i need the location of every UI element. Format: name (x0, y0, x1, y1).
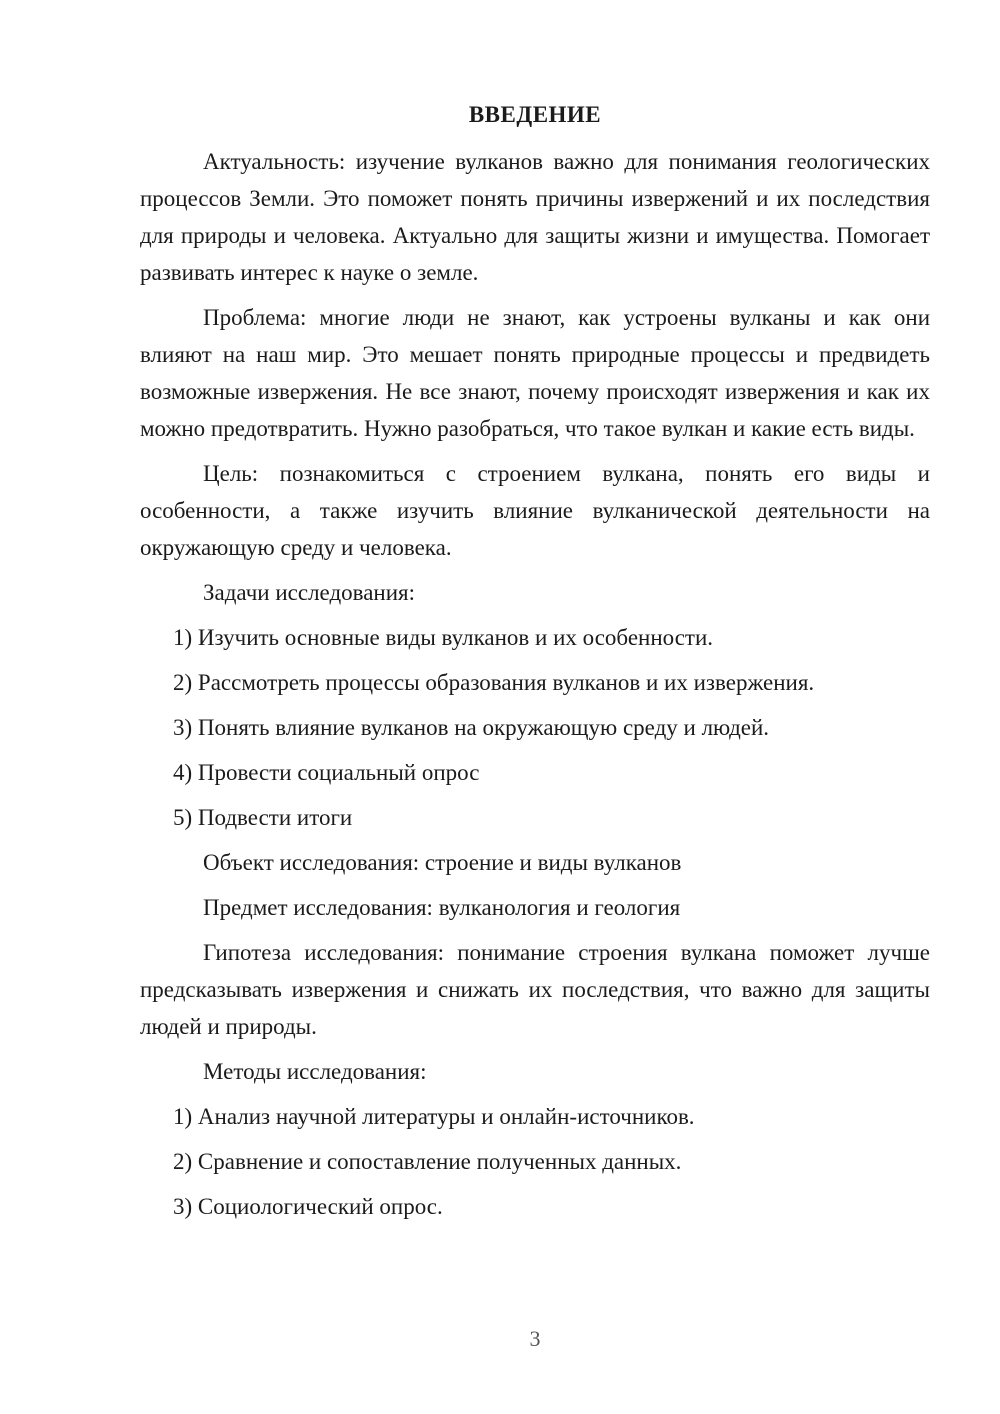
paragraph-subject: Предмет исследования: вулканология и гео… (140, 889, 930, 926)
document-page: ВВЕДЕНИЕ Актуальность: изучение вулканов… (0, 0, 1000, 1414)
paragraph-object: Объект исследования: строение и виды вул… (140, 844, 930, 881)
tasks-list: 1) Изучить основные виды вулканов и их о… (140, 619, 930, 836)
methods-heading: Методы исследования: (140, 1053, 930, 1090)
paragraph-problem: Проблема: многие люди не знают, как устр… (140, 299, 930, 447)
task-item-1: 1) Изучить основные виды вулканов и их о… (140, 619, 930, 656)
tasks-heading: Задачи исследования: (140, 574, 930, 611)
paragraph-goal: Цель: познакомиться с строением вулкана,… (140, 455, 930, 566)
method-item-3: 3) Социологический опрос. (140, 1188, 930, 1225)
task-item-4: 4) Провести социальный опрос (140, 754, 930, 791)
paragraph-hypothesis: Гипотеза исследования: понимание строени… (140, 934, 930, 1045)
task-item-3: 3) Понять влияние вулканов на окружающую… (140, 709, 930, 746)
task-item-5: 5) Подвести итоги (140, 799, 930, 836)
task-item-2: 2) Рассмотреть процессы образования вулк… (140, 664, 930, 701)
methods-list: 1) Анализ научной литературы и онлайн-ис… (140, 1098, 930, 1225)
paragraph-relevance: Актуальность: изучение вулканов важно дл… (140, 143, 930, 291)
method-item-1: 1) Анализ научной литературы и онлайн-ис… (140, 1098, 930, 1135)
page-number: 3 (140, 1320, 930, 1357)
method-item-2: 2) Сравнение и сопоставление полученных … (140, 1143, 930, 1180)
page-title: ВВЕДЕНИЕ (140, 96, 930, 133)
